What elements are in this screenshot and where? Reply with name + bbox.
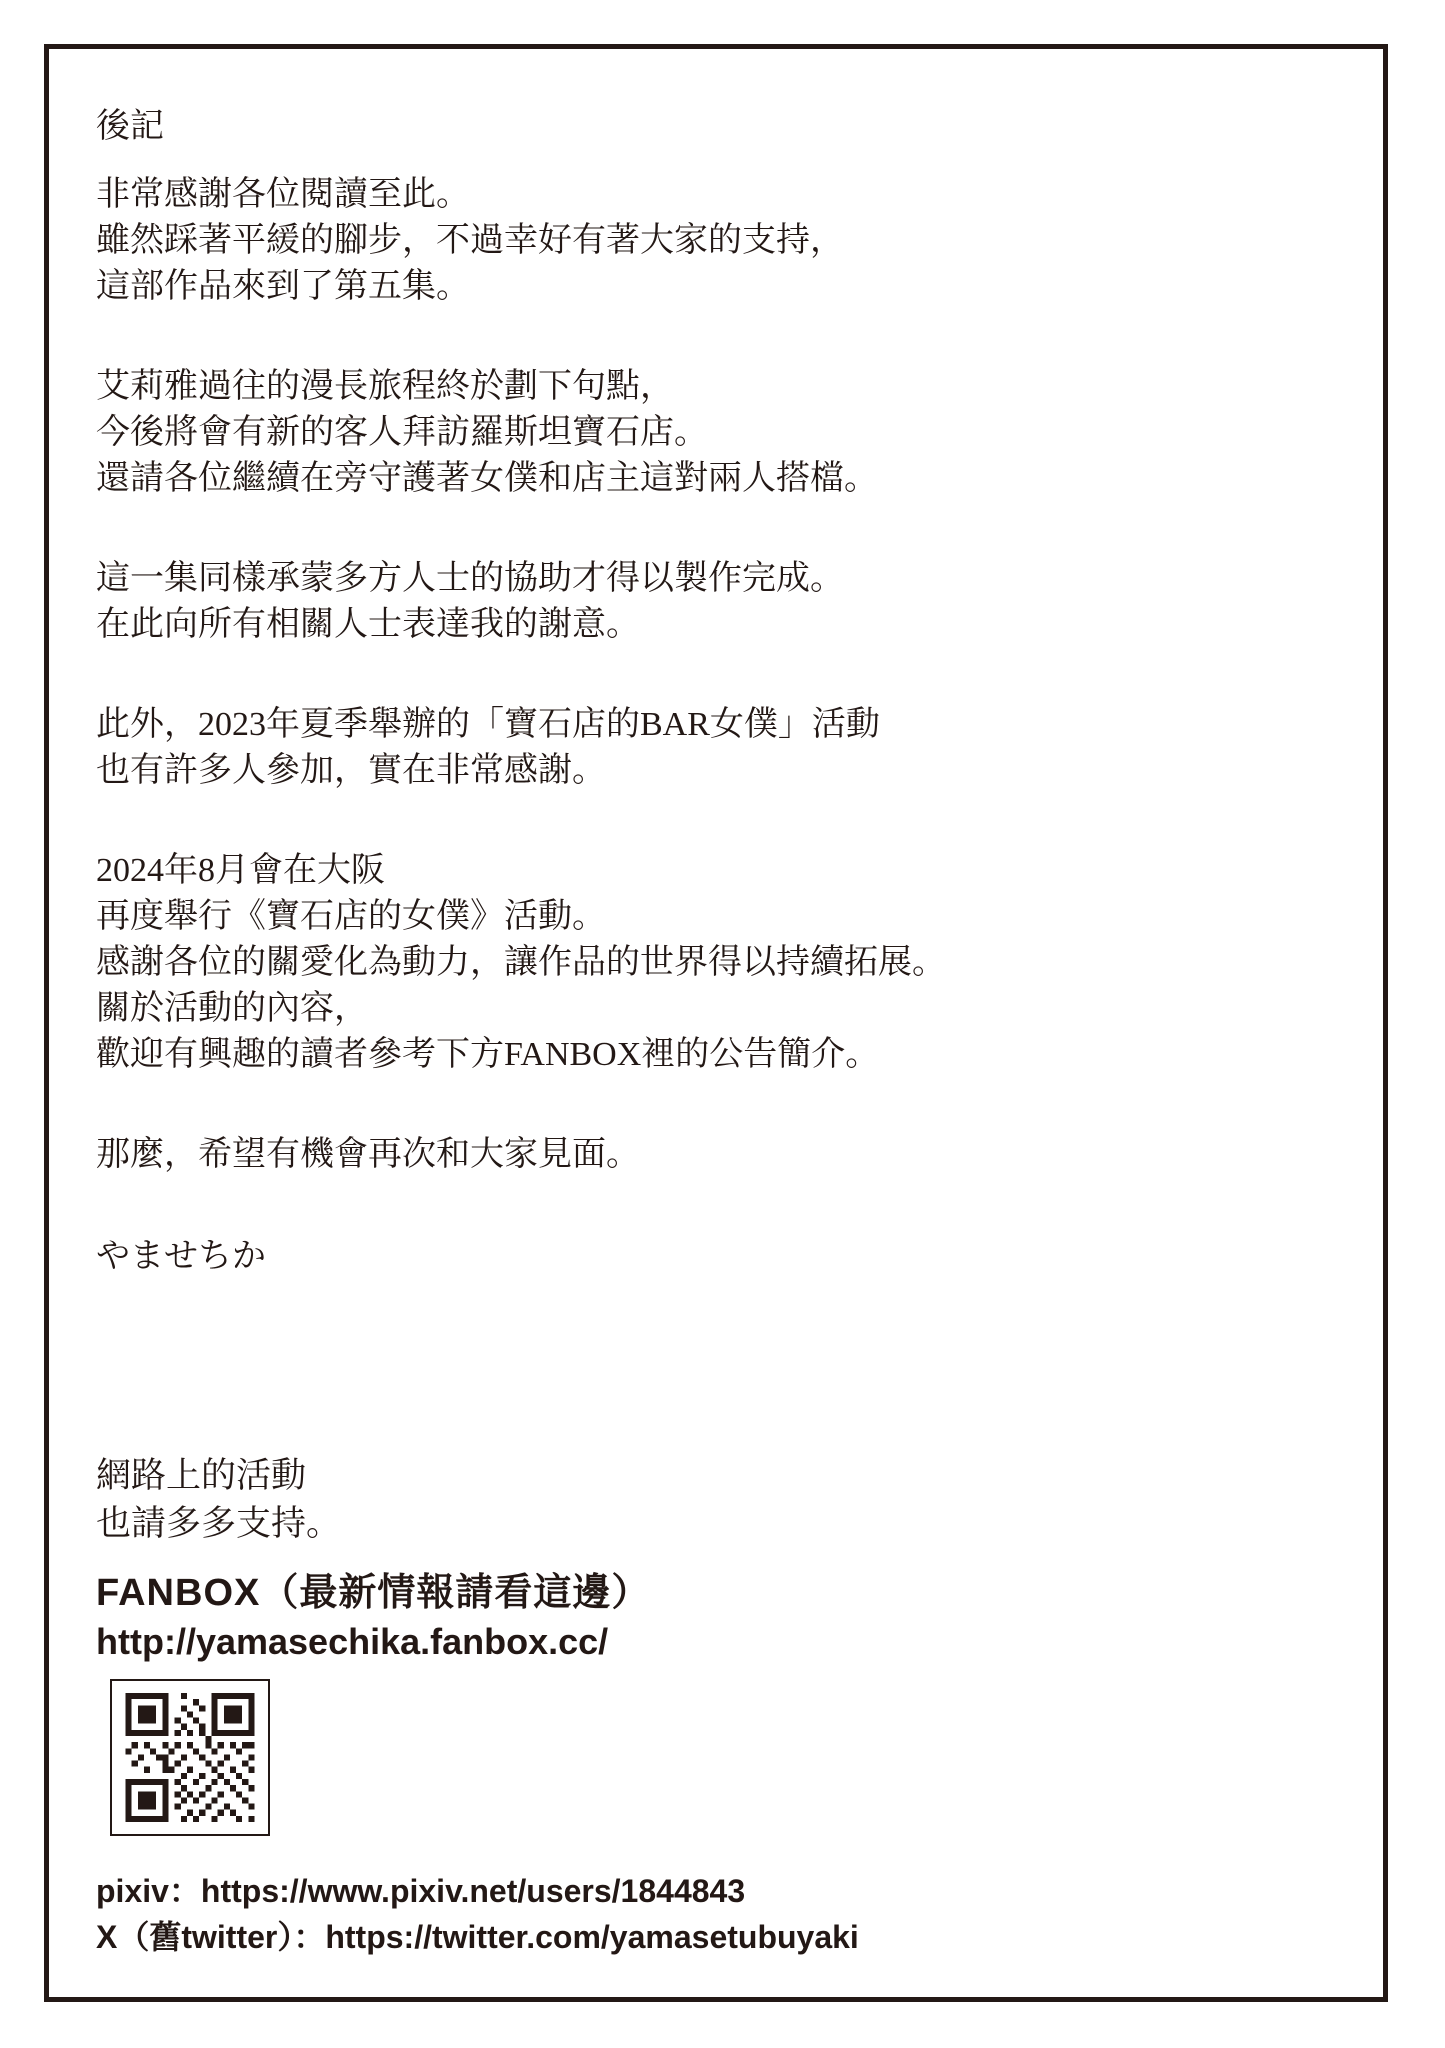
qr-code-image bbox=[110, 1679, 270, 1836]
paragraph-event-2023: 此外，2023年夏季舉辦的「寶石店的BAR女僕」活動 也有許多人參加，實在非常感… bbox=[96, 702, 1346, 794]
paragraph-story: 艾莉雅過往的漫長旅程終於劃下句點， 今後將會有新的客人拜訪羅斯坦寶石店。 還請各… bbox=[96, 364, 1346, 502]
text-line: 那麼，希望有機會再次和大家見面。 bbox=[96, 1132, 1346, 1178]
text-line: 艾莉雅過往的漫長旅程終於劃下句點， bbox=[96, 364, 1346, 410]
author-signature: やませちか bbox=[96, 1234, 1346, 1280]
text-line: 今後將會有新的客人拜訪羅斯坦寶石店。 bbox=[96, 410, 1346, 456]
social-links: pixiv：https://www.pixiv.net/users/184484… bbox=[96, 1868, 1346, 1960]
paragraph-farewell: 那麼，希望有機會再次和大家見面。 bbox=[96, 1132, 1346, 1178]
online-activity-intro: 網路上的活動 也請多多支持。 bbox=[96, 1452, 1346, 1548]
paragraph-event-2024: 2024年8月會在大阪 再度舉行《寶石店的女僕》活動。 感謝各位的關愛化為動力，… bbox=[96, 848, 1346, 1078]
text-line: 再度舉行《寶石店的女僕》活動。 bbox=[96, 894, 1346, 940]
text-line: 在此向所有相關人士表達我的謝意。 bbox=[96, 602, 1346, 648]
text-line: 還請各位繼續在旁守護著女僕和店主這對兩人搭檔。 bbox=[96, 456, 1346, 502]
text-line: 也有許多人參加，實在非常感謝。 bbox=[96, 748, 1346, 794]
text-line: 2024年8月會在大阪 bbox=[96, 848, 1346, 894]
page-title: 後記 bbox=[96, 104, 1346, 150]
text-line: 網路上的活動 bbox=[96, 1452, 1346, 1500]
text-line: 這部作品來到了第五集。 bbox=[96, 264, 1346, 310]
fanbox-heading: FANBOX（最新情報請看這邊） bbox=[96, 1568, 1346, 1618]
text-line: 關於活動的內容， bbox=[96, 986, 1346, 1032]
paragraph-acknowledgement: 這一集同樣承蒙多方人士的協助才得以製作完成。 在此向所有相關人士表達我的謝意。 bbox=[96, 556, 1346, 648]
text-line: 感謝各位的關愛化為動力，讓作品的世界得以持續拓展。 bbox=[96, 940, 1346, 986]
text-line: 非常感謝各位閱讀至此。 bbox=[96, 172, 1346, 218]
fanbox-url: http://yamasechika.fanbox.cc/ bbox=[96, 1618, 1346, 1666]
text-line: 這一集同樣承蒙多方人士的協助才得以製作完成。 bbox=[96, 556, 1346, 602]
pixiv-link-text: pixiv：https://www.pixiv.net/users/184484… bbox=[96, 1868, 1346, 1914]
text-line: 此外，2023年夏季舉辦的「寶石店的BAR女僕」活動 bbox=[96, 702, 1346, 748]
text-line: 也請多多支持。 bbox=[96, 1500, 1346, 1548]
afterword-page: 後記 非常感謝各位閱讀至此。 雖然踩著平緩的腳步，不過幸好有著大家的支持， 這部… bbox=[96, 104, 1346, 1960]
twitter-link-text: X（舊twitter）：https://twitter.com/yamasetu… bbox=[96, 1914, 1346, 1960]
paragraph-thanks: 非常感謝各位閱讀至此。 雖然踩著平緩的腳步，不過幸好有著大家的支持， 這部作品來… bbox=[96, 172, 1346, 310]
text-line: 歡迎有興趣的讀者參考下方FANBOX裡的公告簡介。 bbox=[96, 1032, 1346, 1078]
text-line: 雖然踩著平緩的腳步，不過幸好有著大家的支持， bbox=[96, 218, 1346, 264]
